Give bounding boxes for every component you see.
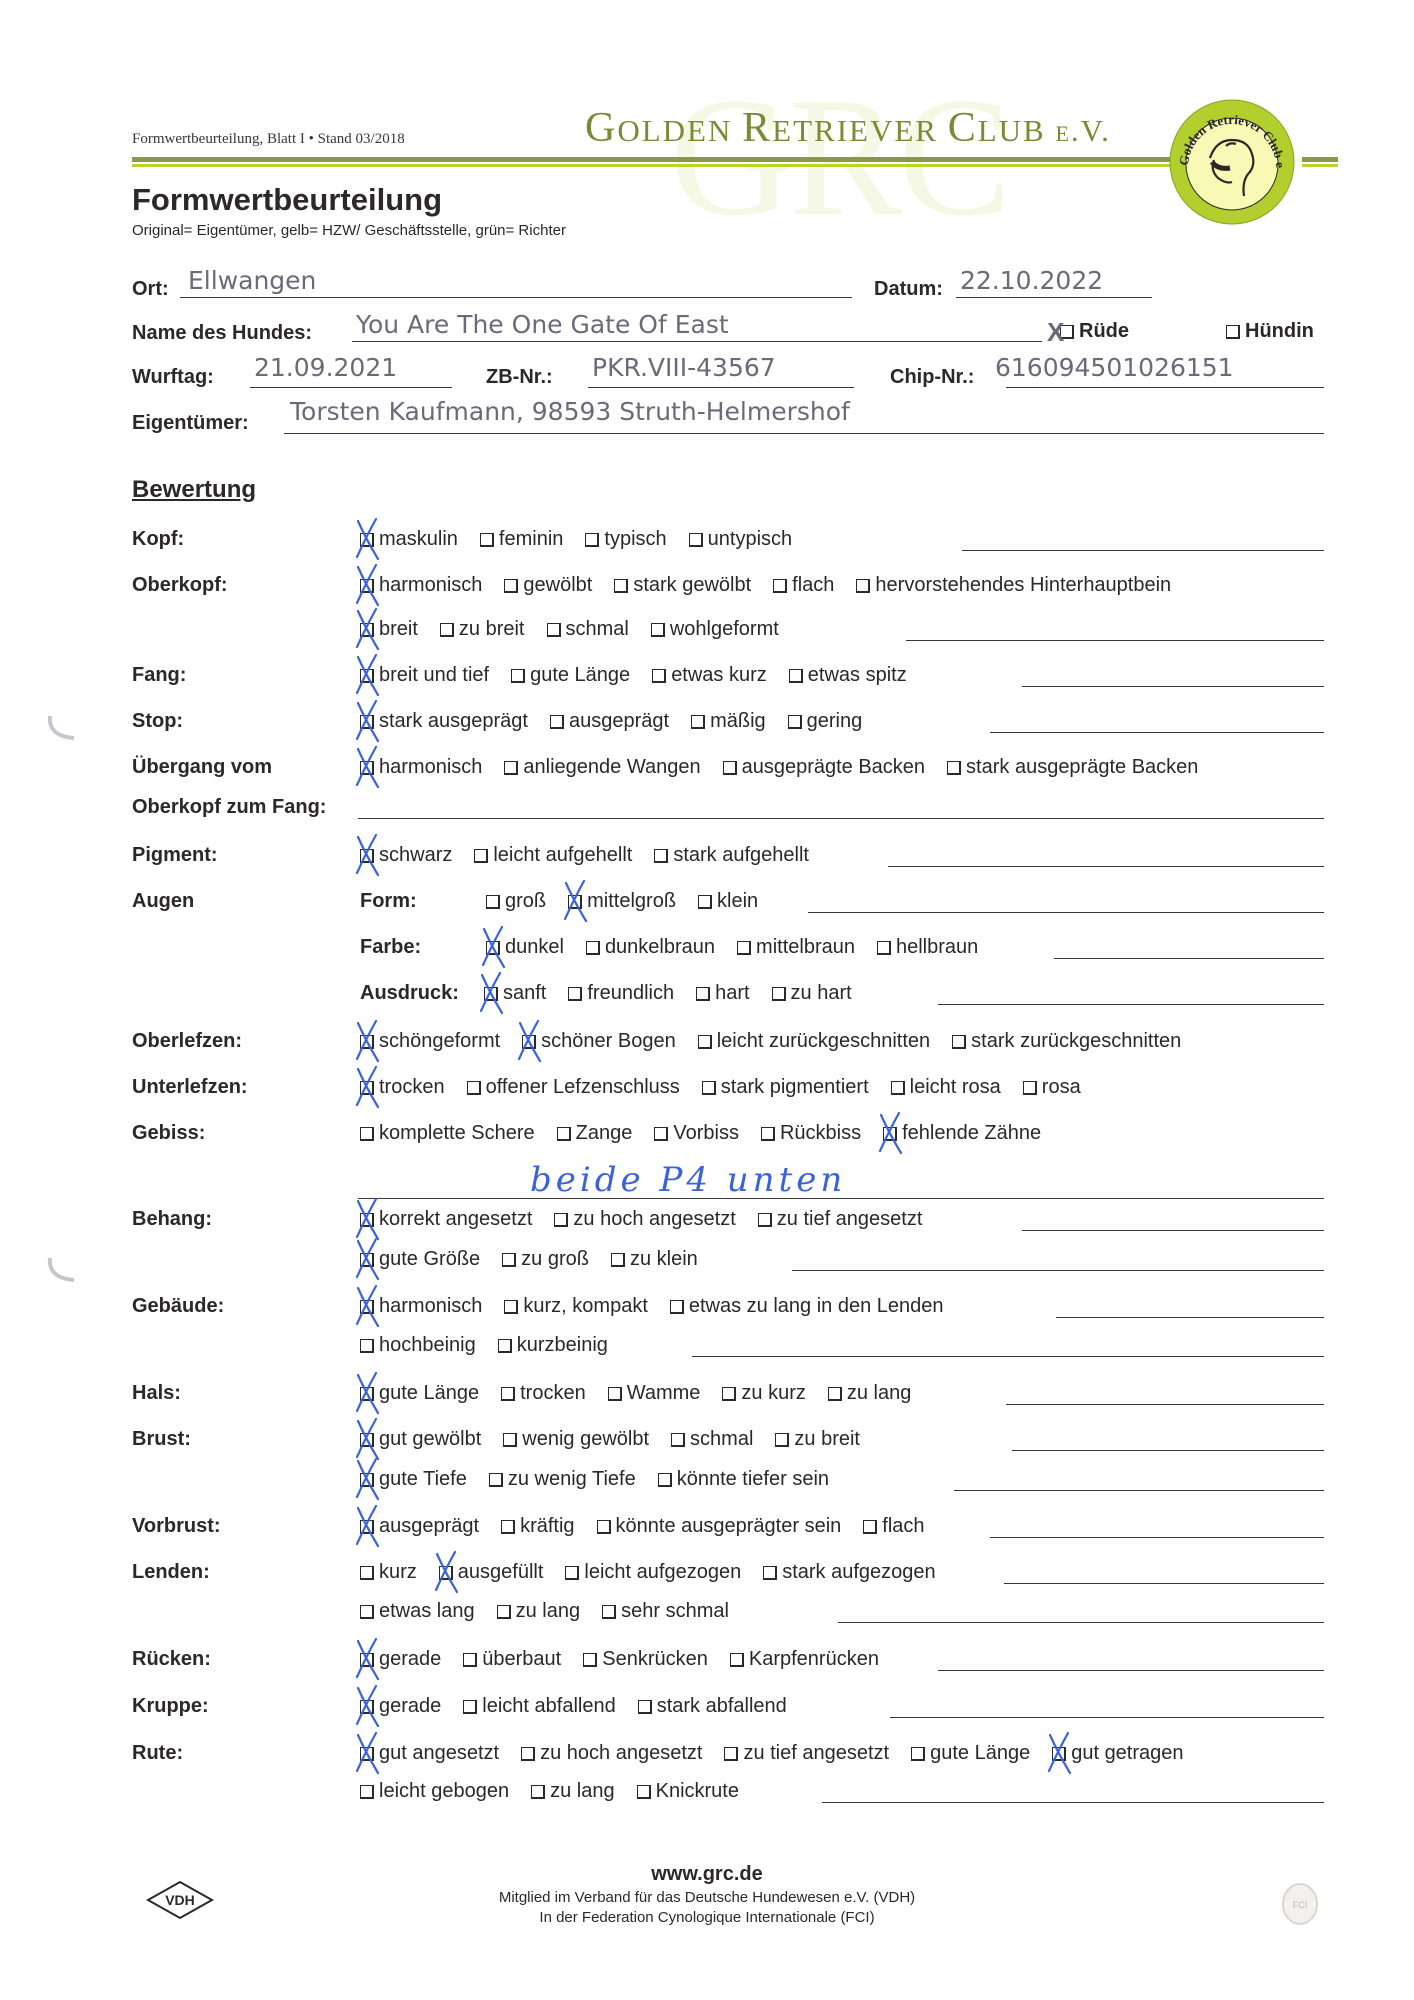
checkbox-icon bbox=[554, 1213, 568, 1227]
option-checkbox[interactable]: fehlende Zähne bbox=[883, 1122, 1041, 1145]
option-checkbox[interactable]: stark gewölbt bbox=[614, 574, 751, 597]
option-label: offener Lefzenschluss bbox=[486, 1076, 680, 1099]
checkbox-icon bbox=[360, 1035, 374, 1049]
x-mark-icon bbox=[516, 1019, 544, 1063]
header-rule-dark bbox=[132, 157, 1172, 162]
write-in-line[interactable] bbox=[838, 1622, 1324, 1623]
option-checkbox[interactable]: schöner Bogen bbox=[522, 1030, 676, 1053]
option-checkbox[interactable]: zu breit bbox=[775, 1428, 860, 1451]
option-checkbox[interactable]: trocken bbox=[360, 1076, 445, 1099]
option-group: etwas langzu langsehr schmal bbox=[360, 1600, 729, 1623]
option-label: leicht aufgehellt bbox=[493, 844, 632, 867]
row-label: Augen bbox=[132, 890, 194, 913]
checkbox-icon bbox=[360, 849, 374, 863]
checkbox-icon bbox=[360, 1747, 374, 1761]
write-in-line[interactable] bbox=[990, 1537, 1324, 1538]
checkbox-icon bbox=[360, 761, 374, 775]
checkbox-icon bbox=[484, 987, 498, 1001]
x-mark-icon bbox=[354, 1197, 382, 1241]
checkbox-icon bbox=[360, 623, 374, 637]
option-checkbox[interactable]: Senkrücken bbox=[583, 1648, 708, 1671]
option-checkbox[interactable]: stark zurückgeschnitten bbox=[952, 1030, 1181, 1053]
write-in-line[interactable] bbox=[1056, 1317, 1324, 1318]
option-label: harmonisch bbox=[379, 756, 482, 779]
option-label: flach bbox=[882, 1515, 924, 1538]
option-checkbox[interactable]: groß bbox=[486, 890, 546, 913]
page-title: Formwertbeurteilung bbox=[132, 182, 442, 218]
option-label: gute Größe bbox=[379, 1248, 480, 1271]
option-checkbox[interactable]: flach bbox=[773, 574, 834, 597]
option-checkbox[interactable]: offener Lefzenschluss bbox=[467, 1076, 680, 1099]
option-checkbox[interactable]: schwarz bbox=[360, 844, 452, 867]
x-mark-icon bbox=[354, 563, 382, 607]
option-checkbox[interactable]: harmonisch bbox=[360, 756, 482, 779]
option-checkbox[interactable]: etwas spitz bbox=[789, 664, 907, 687]
option-label: zu lang bbox=[550, 1780, 615, 1803]
option-checkbox[interactable]: etwas lang bbox=[360, 1600, 475, 1623]
option-label: zu tief angesetzt bbox=[777, 1208, 923, 1231]
option-checkbox[interactable]: typisch bbox=[585, 528, 666, 551]
option-checkbox[interactable]: gerade bbox=[360, 1695, 441, 1718]
checkbox-icon bbox=[360, 1253, 374, 1267]
zbnr-label: ZB-Nr.: bbox=[486, 366, 553, 389]
checkbox-icon bbox=[952, 1035, 966, 1049]
checkbox-icon bbox=[486, 941, 500, 955]
option-label: zu kurz bbox=[741, 1382, 805, 1405]
row-label: Stop: bbox=[132, 710, 183, 733]
hundename-label: Name des Hundes: bbox=[132, 322, 312, 345]
option-checkbox[interactable]: Wamme bbox=[608, 1382, 701, 1405]
option-checkbox[interactable]: zu breit bbox=[440, 618, 525, 641]
option-label: Vorbiss bbox=[673, 1122, 739, 1145]
option-label: zu lang bbox=[847, 1382, 912, 1405]
checkbox-icon bbox=[360, 579, 374, 593]
option-checkbox[interactable]: gute Länge bbox=[511, 664, 630, 687]
option-label: zu hoch angesetzt bbox=[540, 1742, 702, 1765]
checkbox-icon bbox=[522, 1035, 536, 1049]
option-label: Karpfenrücken bbox=[749, 1648, 879, 1671]
write-in-line[interactable] bbox=[1004, 1583, 1324, 1584]
checkbox-icon bbox=[722, 1387, 736, 1401]
option-checkbox[interactable]: leicht aufgehellt bbox=[474, 844, 632, 867]
option-checkbox[interactable]: korrekt angesetzt bbox=[360, 1208, 532, 1231]
option-checkbox[interactable]: Zange bbox=[557, 1122, 633, 1145]
write-in-line[interactable] bbox=[1054, 958, 1324, 959]
checkbox-icon bbox=[360, 1339, 374, 1353]
chipnr-underline bbox=[1006, 387, 1324, 388]
option-checkbox[interactable]: gut getragen bbox=[1052, 1742, 1183, 1765]
option-checkbox[interactable]: freundlich bbox=[568, 982, 674, 1005]
checkbox-icon bbox=[614, 579, 628, 593]
x-mark-icon bbox=[354, 1065, 382, 1109]
x-mark-icon bbox=[354, 1284, 382, 1328]
checkbox-icon bbox=[724, 1747, 738, 1761]
option-checkbox[interactable]: leicht abfallend bbox=[463, 1695, 615, 1718]
checkbox-icon bbox=[360, 1785, 374, 1799]
x-mark-icon bbox=[354, 833, 382, 877]
option-label: zu lang bbox=[516, 1600, 581, 1623]
option-checkbox[interactable]: wohlgeformt bbox=[651, 618, 779, 641]
checkbox-icon bbox=[856, 579, 870, 593]
checkbox-icon bbox=[1052, 1747, 1066, 1761]
write-in-line[interactable] bbox=[1022, 686, 1324, 687]
option-checkbox[interactable]: etwas kurz bbox=[652, 664, 767, 687]
option-checkbox[interactable]: stark ausgeprägt bbox=[360, 710, 528, 733]
option-label: gute Länge bbox=[530, 664, 630, 687]
datum-field[interactable]: 22.10.2022 bbox=[960, 266, 1103, 295]
option-checkbox[interactable]: gewölbt bbox=[504, 574, 592, 597]
checkbox-icon bbox=[501, 1387, 515, 1401]
option-label: könnte tiefer sein bbox=[677, 1468, 829, 1491]
option-checkbox[interactable]: gut gewölbt bbox=[360, 1428, 481, 1451]
option-label: zu hoch angesetzt bbox=[573, 1208, 735, 1231]
option-checkbox[interactable]: zu hart bbox=[772, 982, 852, 1005]
write-in-line[interactable] bbox=[1022, 1230, 1324, 1231]
checkbox-icon bbox=[550, 715, 564, 729]
option-checkbox[interactable]: leicht aufgezogen bbox=[565, 1561, 741, 1584]
footer-vdh-membership: Mitglied im Verband für das Deutsche Hun… bbox=[0, 1889, 1414, 1906]
option-checkbox[interactable]: hervorstehendes Hinterhauptbein bbox=[856, 574, 1171, 597]
checkbox-icon bbox=[568, 987, 582, 1001]
club-logo-icon: Golden Retriever Club e.V. bbox=[1168, 98, 1296, 226]
zbnr-underline bbox=[588, 387, 854, 388]
option-label: freundlich bbox=[587, 982, 674, 1005]
option-checkbox[interactable]: stark abfallend bbox=[638, 1695, 787, 1718]
row-label: Hals: bbox=[132, 1382, 181, 1405]
option-checkbox[interactable]: zu wenig Tiefe bbox=[489, 1468, 636, 1491]
checkbox-icon bbox=[789, 669, 803, 683]
option-group: leicht gebogenzu langKnickrute bbox=[360, 1780, 739, 1803]
write-in-line[interactable] bbox=[954, 1490, 1324, 1491]
write-in-line[interactable] bbox=[358, 818, 1324, 819]
option-checkbox[interactable]: zu klein bbox=[611, 1248, 698, 1271]
write-in-line[interactable] bbox=[906, 640, 1324, 641]
option-checkbox[interactable]: kurz bbox=[360, 1561, 417, 1584]
write-in-line[interactable] bbox=[938, 1670, 1324, 1671]
option-checkbox[interactable]: leicht zurückgeschnitten bbox=[698, 1030, 930, 1053]
hundin-checkbox[interactable]: Hündin bbox=[1226, 320, 1314, 343]
option-label: stark aufgehellt bbox=[673, 844, 809, 867]
option-checkbox[interactable]: Rückbiss bbox=[761, 1122, 861, 1145]
option-checkbox[interactable]: trocken bbox=[501, 1382, 586, 1405]
option-checkbox[interactable]: Vorbiss bbox=[654, 1122, 739, 1145]
option-checkbox[interactable]: komplette Schere bbox=[360, 1122, 535, 1145]
option-checkbox[interactable]: harmonisch bbox=[360, 574, 482, 597]
option-checkbox[interactable]: mittelbraun bbox=[737, 936, 855, 959]
option-checkbox[interactable]: schöngeformt bbox=[360, 1030, 500, 1053]
option-checkbox[interactable]: zu tief angesetzt bbox=[758, 1208, 923, 1231]
footer-website-link[interactable]: www.grc.de bbox=[0, 1863, 1414, 1886]
checkbox-icon bbox=[602, 1605, 616, 1619]
option-checkbox[interactable]: dunkel bbox=[486, 936, 564, 959]
option-checkbox[interactable]: hellbraun bbox=[877, 936, 978, 959]
footer-fci-membership: In der Federation Cynologique Internatio… bbox=[0, 1909, 1414, 1926]
row-label: Fang: bbox=[132, 664, 186, 687]
option-label: mittelbraun bbox=[756, 936, 855, 959]
sub-label: Form: bbox=[360, 890, 417, 913]
option-group: gute Tiefezu wenig Tiefekönnte tiefer se… bbox=[360, 1468, 829, 1491]
option-checkbox[interactable]: mittelgroß bbox=[568, 890, 676, 913]
option-label: gut gewölbt bbox=[379, 1428, 481, 1451]
write-in-line[interactable] bbox=[962, 550, 1324, 551]
option-label: schöner Bogen bbox=[541, 1030, 676, 1053]
option-checkbox[interactable]: feminin bbox=[480, 528, 563, 551]
option-checkbox[interactable]: Karpfenrücken bbox=[730, 1648, 879, 1671]
sub-label: Farbe: bbox=[360, 936, 421, 959]
option-label: gut angesetzt bbox=[379, 1742, 499, 1765]
option-checkbox[interactable]: flach bbox=[863, 1515, 924, 1538]
option-label: etwas zu lang in den Lenden bbox=[689, 1295, 944, 1318]
option-label: trocken bbox=[379, 1076, 445, 1099]
write-in-line[interactable] bbox=[792, 1270, 1324, 1271]
option-group: großmittelgroßklein bbox=[486, 890, 758, 913]
checkbox-icon bbox=[360, 1605, 374, 1619]
option-group: breit und tiefgute Längeetwas kurzetwas … bbox=[360, 664, 907, 687]
option-checkbox[interactable]: zu kurz bbox=[722, 1382, 805, 1405]
option-checkbox[interactable]: leicht rosa bbox=[891, 1076, 1001, 1099]
option-group: harmonischanliegende Wangenausgeprägte B… bbox=[360, 756, 1198, 779]
option-label: leicht aufgezogen bbox=[584, 1561, 741, 1584]
eigentuemer-field[interactable]: Torsten Kaufmann, 98593 Struth-Helmersho… bbox=[290, 397, 850, 426]
checkbox-icon bbox=[637, 1785, 651, 1799]
option-group: hochbeinigkurzbeinig bbox=[360, 1334, 608, 1357]
option-checkbox[interactable]: zu lang bbox=[497, 1600, 581, 1623]
club-name-heading: GOLDEN RETRIEVER CLUB e.V. bbox=[585, 104, 1111, 152]
zbnr-field[interactable]: PKR.VIII-43567 bbox=[592, 353, 776, 382]
row-label: Brust: bbox=[132, 1428, 191, 1451]
option-checkbox[interactable]: stark aufgezogen bbox=[763, 1561, 935, 1584]
x-mark-icon bbox=[354, 1019, 382, 1063]
option-label: gute Länge bbox=[930, 1742, 1030, 1765]
option-group: dunkeldunkelbraunmittelbraunhellbraun bbox=[486, 936, 978, 959]
option-label: überbaut bbox=[482, 1648, 561, 1671]
checkbox-icon bbox=[911, 1747, 925, 1761]
option-checkbox[interactable]: Knickrute bbox=[637, 1780, 739, 1803]
option-checkbox[interactable]: könnte ausgeprägter sein bbox=[597, 1515, 842, 1538]
option-label: harmonisch bbox=[379, 574, 482, 597]
option-checkbox[interactable]: breit und tief bbox=[360, 664, 489, 687]
checkbox-icon bbox=[788, 715, 802, 729]
option-checkbox[interactable]: kurzbeinig bbox=[498, 1334, 608, 1357]
option-checkbox[interactable]: kräftig bbox=[501, 1515, 574, 1538]
option-checkbox[interactable]: hochbeinig bbox=[360, 1334, 476, 1357]
option-label: zu groß bbox=[521, 1248, 589, 1271]
checkbox-icon bbox=[773, 579, 787, 593]
option-checkbox[interactable]: stark aufgehellt bbox=[654, 844, 809, 867]
checkbox-icon bbox=[891, 1081, 905, 1095]
checkbox-icon bbox=[586, 941, 600, 955]
option-label: stark abfallend bbox=[657, 1695, 787, 1718]
checkbox-icon bbox=[689, 533, 703, 547]
checkbox-icon bbox=[480, 533, 494, 547]
option-checkbox[interactable]: gerade bbox=[360, 1648, 441, 1671]
option-label: hochbeinig bbox=[379, 1334, 476, 1357]
option-checkbox[interactable]: zu hoch angesetzt bbox=[521, 1742, 702, 1765]
option-label: stark pigmentiert bbox=[721, 1076, 869, 1099]
option-checkbox[interactable]: gute Länge bbox=[911, 1742, 1030, 1765]
option-label: anliegende Wangen bbox=[523, 756, 700, 779]
option-checkbox[interactable]: dunkelbraun bbox=[586, 936, 715, 959]
checkbox-icon bbox=[360, 533, 374, 547]
wurftag-field[interactable]: 21.09.2021 bbox=[254, 353, 397, 382]
option-checkbox[interactable]: hart bbox=[696, 982, 749, 1005]
option-checkbox[interactable]: harmonisch bbox=[360, 1295, 482, 1318]
hundename-field[interactable]: You Are The One Gate Of East bbox=[356, 310, 729, 339]
rude-checkbox[interactable]: X Rüde bbox=[1060, 320, 1129, 343]
option-checkbox[interactable]: zu groß bbox=[502, 1248, 589, 1271]
write-in-line[interactable] bbox=[890, 1717, 1324, 1718]
option-label: klein bbox=[717, 890, 758, 913]
option-label: kurz, kompakt bbox=[523, 1295, 647, 1318]
x-mark-icon bbox=[354, 1684, 382, 1728]
option-label: stark gewölbt bbox=[633, 574, 751, 597]
checkbox-icon bbox=[652, 669, 666, 683]
x-mark-icon bbox=[354, 1637, 382, 1681]
checkbox-icon bbox=[360, 669, 374, 683]
row-label: Kruppe: bbox=[132, 1695, 209, 1718]
option-checkbox[interactable]: wenig gewölbt bbox=[503, 1428, 649, 1451]
x-mark-icon bbox=[478, 971, 506, 1015]
checkbox-icon bbox=[497, 1605, 511, 1619]
option-checkbox[interactable]: zu lang bbox=[531, 1780, 615, 1803]
checkbox-icon bbox=[474, 849, 488, 863]
option-label: breit und tief bbox=[379, 664, 489, 687]
option-checkbox[interactable]: stark pigmentiert bbox=[702, 1076, 869, 1099]
option-checkbox[interactable]: gut angesetzt bbox=[360, 1742, 499, 1765]
option-label: maskulin bbox=[379, 528, 458, 551]
option-label: wenig gewölbt bbox=[522, 1428, 649, 1451]
x-mark-icon bbox=[354, 699, 382, 743]
option-label: gute Länge bbox=[379, 1382, 479, 1405]
option-group: harmonischkurz, kompaktetwas zu lang in … bbox=[360, 1295, 944, 1318]
row-label: Behang: bbox=[132, 1208, 212, 1231]
checkbox-icon bbox=[486, 895, 500, 909]
option-label: Rückbiss bbox=[780, 1122, 861, 1145]
checkbox-icon bbox=[360, 1433, 374, 1447]
checkbox-icon bbox=[583, 1653, 597, 1667]
checkbox-icon bbox=[463, 1653, 477, 1667]
checkbox-icon bbox=[360, 1127, 374, 1141]
wurftag-label: Wurftag: bbox=[132, 366, 214, 389]
option-label: zu wenig Tiefe bbox=[508, 1468, 636, 1491]
option-checkbox[interactable]: breit bbox=[360, 618, 418, 641]
option-label: gerade bbox=[379, 1648, 441, 1671]
option-checkbox[interactable]: gute Größe bbox=[360, 1248, 480, 1271]
option-checkbox[interactable]: mäßig bbox=[691, 710, 766, 733]
x-mark-icon: X bbox=[1047, 317, 1064, 348]
option-group: stark ausgeprägtausgeprägtmäßiggering bbox=[360, 710, 862, 733]
row-label: Kopf: bbox=[132, 528, 184, 551]
option-checkbox[interactable]: zu lang bbox=[828, 1382, 912, 1405]
option-label: flach bbox=[792, 574, 834, 597]
row-label: Vorbrust: bbox=[132, 1515, 221, 1538]
option-checkbox[interactable]: klein bbox=[698, 890, 758, 913]
option-checkbox[interactable]: schmal bbox=[547, 618, 629, 641]
write-in-line[interactable] bbox=[888, 866, 1324, 867]
row-label: Gebiss: bbox=[132, 1122, 205, 1145]
write-in-line[interactable] bbox=[1012, 1450, 1324, 1451]
checkbox-icon bbox=[547, 623, 561, 637]
checkbox-icon bbox=[775, 1433, 789, 1447]
checkbox-icon bbox=[360, 1653, 374, 1667]
checkbox-icon bbox=[503, 1433, 517, 1447]
option-label: zu breit bbox=[459, 618, 525, 641]
checkbox-icon bbox=[521, 1747, 535, 1761]
option-checkbox[interactable]: leicht gebogen bbox=[360, 1780, 509, 1803]
row-label: Oberkopf zum Fang: bbox=[132, 796, 326, 819]
option-checkbox[interactable]: zu hoch angesetzt bbox=[554, 1208, 735, 1231]
option-checkbox[interactable]: schmal bbox=[671, 1428, 753, 1451]
write-in-line[interactable] bbox=[808, 912, 1324, 913]
ort-field[interactable]: Ellwangen bbox=[188, 266, 316, 295]
option-checkbox[interactable]: zu tief angesetzt bbox=[724, 1742, 889, 1765]
option-checkbox[interactable]: sanft bbox=[484, 982, 546, 1005]
chipnr-field[interactable]: 616094501026151 bbox=[995, 353, 1234, 382]
write-in-line[interactable] bbox=[938, 1004, 1324, 1005]
hundin-label: Hündin bbox=[1245, 320, 1314, 343]
option-checkbox[interactable]: etwas zu lang in den Lenden bbox=[670, 1295, 944, 1318]
option-label: etwas lang bbox=[379, 1600, 475, 1623]
checkbox-icon bbox=[696, 987, 710, 1001]
write-in-line[interactable] bbox=[1006, 1404, 1324, 1405]
write-in-line[interactable] bbox=[822, 1802, 1324, 1803]
punch-hole-mark bbox=[44, 712, 84, 746]
option-group: sanftfreundlichhartzu hart bbox=[484, 982, 852, 1005]
row-label: Übergang vom bbox=[132, 756, 272, 779]
option-checkbox[interactable]: überbaut bbox=[463, 1648, 561, 1671]
option-checkbox[interactable]: stark ausgeprägte Backen bbox=[947, 756, 1198, 779]
checkbox-icon bbox=[467, 1081, 481, 1095]
write-in-line[interactable] bbox=[692, 1356, 1324, 1357]
option-checkbox[interactable]: kurz, kompakt bbox=[504, 1295, 647, 1318]
checkbox-icon bbox=[568, 895, 582, 909]
option-checkbox[interactable]: sehr schmal bbox=[602, 1600, 729, 1623]
option-checkbox[interactable]: ausgefüllt bbox=[439, 1561, 544, 1584]
option-checkbox[interactable]: rosa bbox=[1023, 1076, 1081, 1099]
checkbox-icon bbox=[504, 579, 518, 593]
option-label: leicht zurückgeschnitten bbox=[717, 1030, 930, 1053]
option-group: geradeleicht abfallendstark abfallend bbox=[360, 1695, 787, 1718]
write-in-line[interactable] bbox=[990, 732, 1324, 733]
option-label: schmal bbox=[566, 618, 629, 641]
option-checkbox[interactable]: anliegende Wangen bbox=[504, 756, 700, 779]
checkbox-icon bbox=[504, 761, 518, 775]
checkbox-icon bbox=[698, 895, 712, 909]
option-checkbox[interactable]: gute Länge bbox=[360, 1382, 479, 1405]
checkbox-icon bbox=[670, 1300, 684, 1314]
eigentuemer-underline bbox=[284, 433, 1324, 434]
option-label: ausgeprägt bbox=[379, 1515, 479, 1538]
option-checkbox[interactable]: untypisch bbox=[689, 528, 793, 551]
option-checkbox[interactable]: maskulin bbox=[360, 528, 458, 551]
option-checkbox[interactable]: könnte tiefer sein bbox=[658, 1468, 829, 1491]
checkbox-icon bbox=[463, 1700, 477, 1714]
option-group: breitzu breitschmalwohlgeformt bbox=[360, 618, 779, 641]
checkbox-icon bbox=[585, 533, 599, 547]
option-checkbox[interactable]: gering bbox=[788, 710, 863, 733]
option-label: ausgeprägte Backen bbox=[742, 756, 925, 779]
checkbox-icon bbox=[658, 1473, 672, 1487]
x-mark-icon bbox=[354, 1504, 382, 1548]
option-checkbox[interactable]: ausgeprägt bbox=[360, 1515, 479, 1538]
x-mark-icon bbox=[354, 745, 382, 789]
row-label: Oberlefzen: bbox=[132, 1030, 242, 1053]
option-checkbox[interactable]: ausgeprägte Backen bbox=[723, 756, 925, 779]
option-label: komplette Schere bbox=[379, 1122, 535, 1145]
option-checkbox[interactable]: gute Tiefe bbox=[360, 1468, 467, 1491]
option-checkbox[interactable]: ausgeprägt bbox=[550, 710, 669, 733]
option-label: zu tief angesetzt bbox=[743, 1742, 889, 1765]
